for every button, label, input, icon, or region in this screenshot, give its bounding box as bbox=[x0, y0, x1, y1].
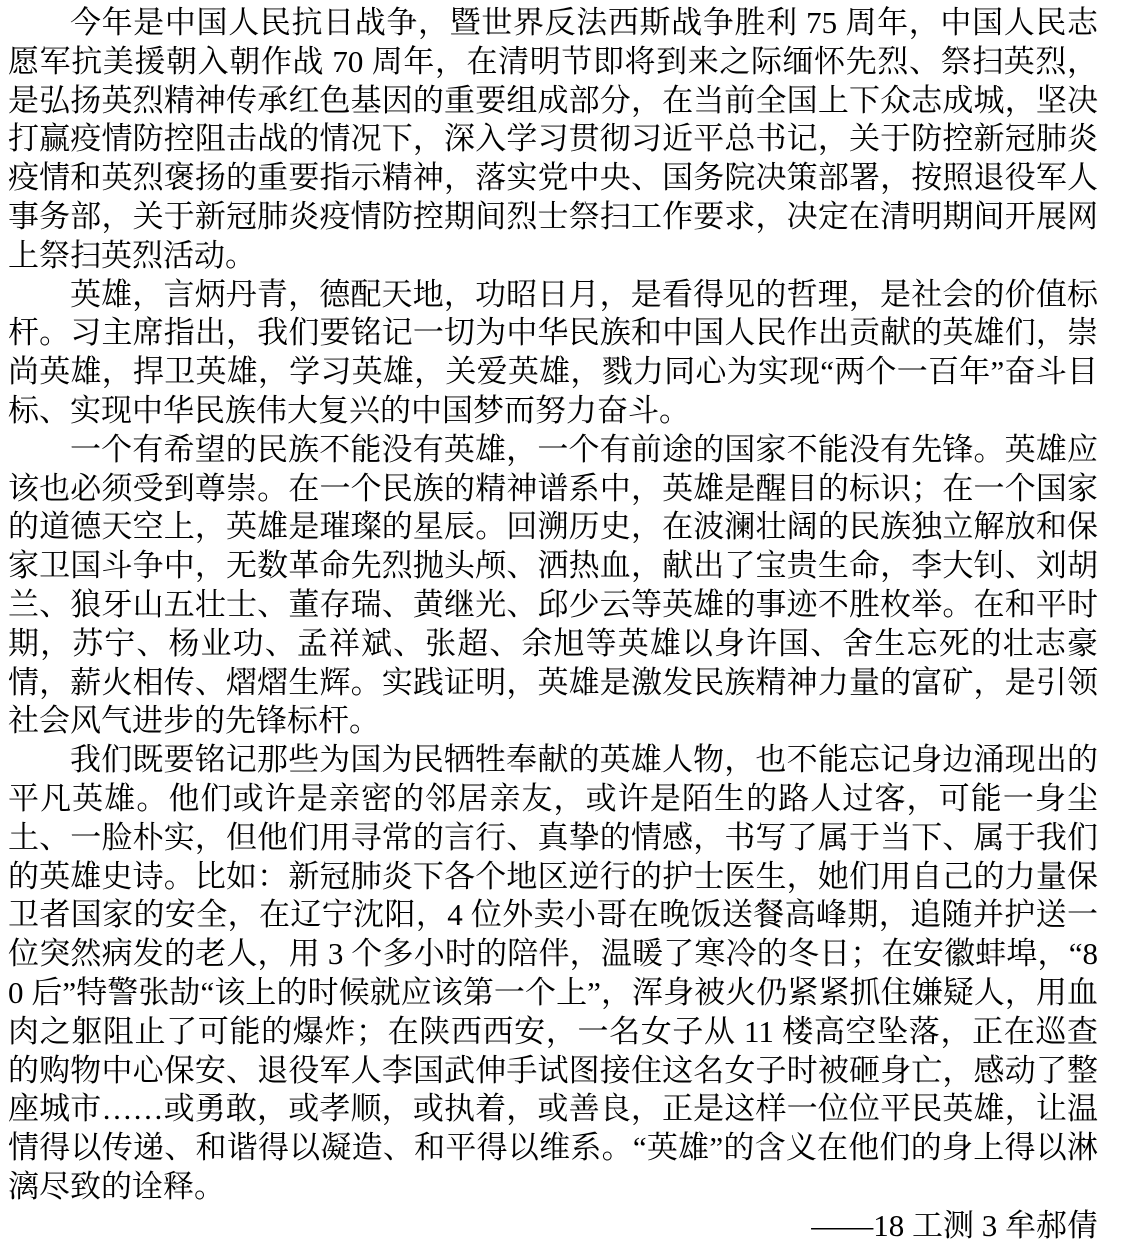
paragraph-intro-online-memorial: 今年是中国人民抗日战争，暨世界反法西斯战争胜利 75 周年，中国人民志愿军抗美援… bbox=[8, 4, 1098, 276]
paragraph-nation-needs-heroes: 一个有希望的民族不能没有英雄，一个有前途的国家不能没有先锋。英雄应该也必须受到尊… bbox=[8, 431, 1098, 741]
paragraph-ordinary-heroes: 我们既要铭记那些为国为民牺牲奉献的英雄人物，也不能忘记身边涌现出的平凡英雄。他们… bbox=[8, 741, 1098, 1207]
paragraph-hero-values: 英雄，言炳丹青，德配天地，功昭日月，是看得见的哲理，是社会的价值标杆。习主席指出… bbox=[8, 276, 1098, 431]
signature-line: ——18 工测 3 牟郝倩 bbox=[8, 1207, 1098, 1246]
document-page: 今年是中国人民抗日战争，暨世界反法西斯战争胜利 75 周年，中国人民志愿军抗美援… bbox=[0, 0, 1128, 1257]
